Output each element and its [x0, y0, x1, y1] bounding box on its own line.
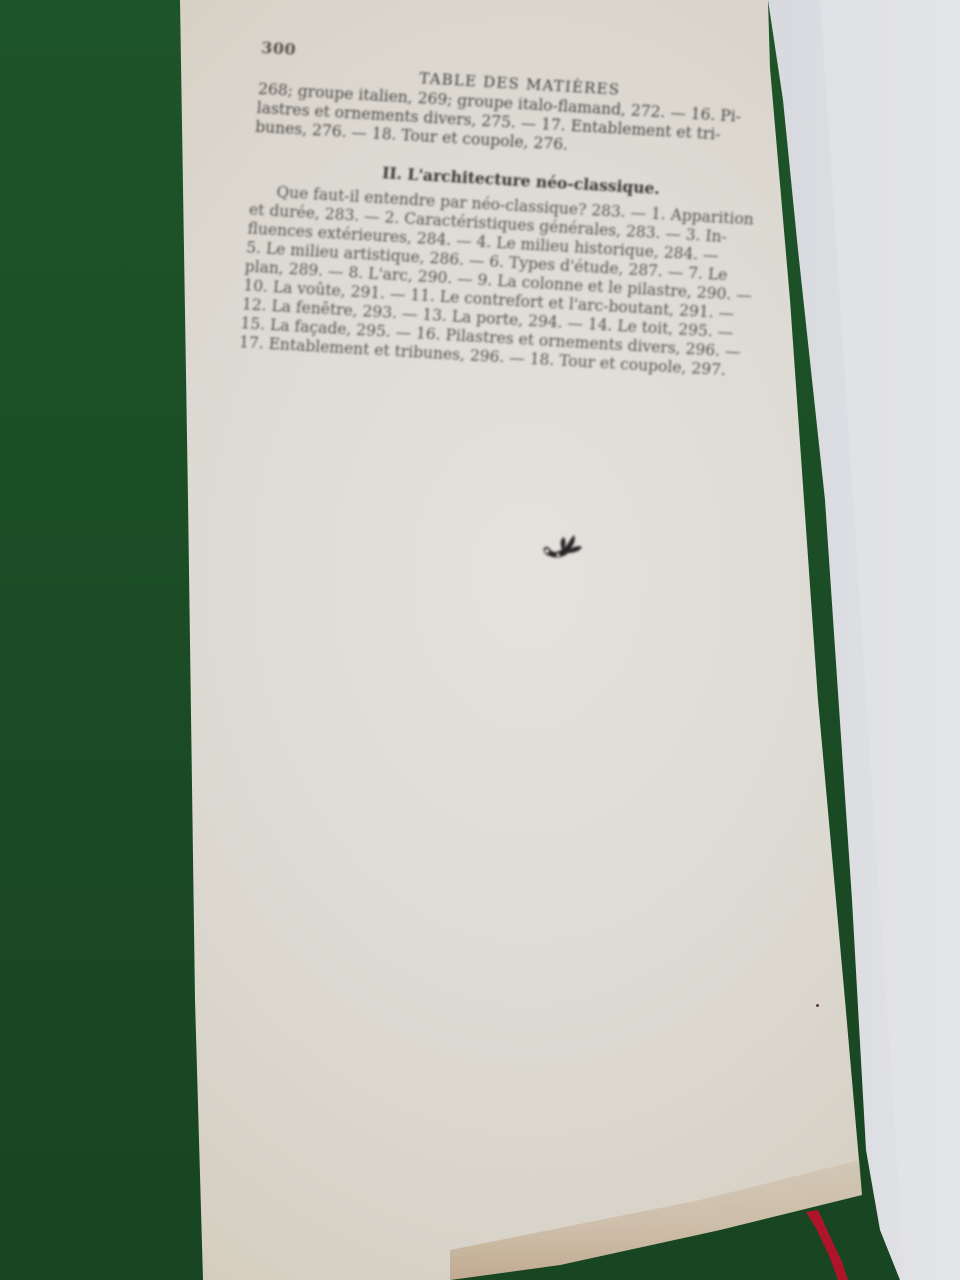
fleuron-ornament-icon	[538, 525, 588, 565]
section-paragraph: Que faut-il entendre par néo-classique? …	[238, 182, 775, 383]
photo-scene: 300 TABLE DES MATIÈRES 268; groupe itali…	[0, 0, 960, 1280]
page-number: 300	[261, 38, 297, 59]
paper-speck	[816, 1004, 819, 1007]
